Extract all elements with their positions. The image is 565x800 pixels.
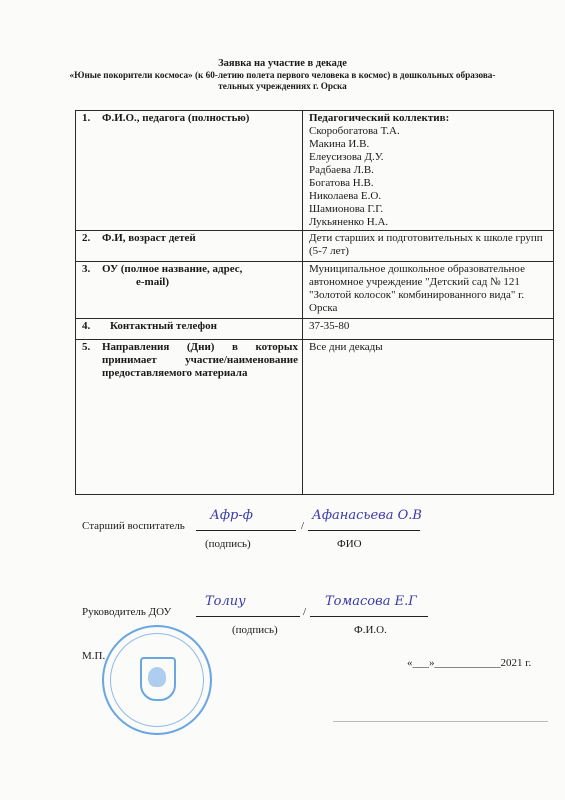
row-value: Педагогический коллектив: Скоробогатова … bbox=[303, 111, 554, 231]
teacher-name: Скоробогатова Т.А. bbox=[309, 125, 549, 138]
row-value: Дети старших и подготовительных к школе … bbox=[303, 231, 554, 262]
stamp-place-label: М.П. bbox=[82, 650, 105, 662]
senior-name-handwritten: Афанасьева О.В bbox=[312, 508, 422, 523]
teacher-name: Елеусизова Д.У. bbox=[309, 151, 549, 164]
teacher-name: Лукьяненко Н.А. bbox=[309, 216, 549, 229]
head-name-line bbox=[310, 616, 428, 617]
teacher-name: Макина И.В. bbox=[309, 138, 549, 151]
teacher-name: Радбаева Л.В. bbox=[309, 164, 549, 177]
title-line-3: тельных учреждениях г. Орска bbox=[0, 81, 565, 92]
row-label: 4.Контактный телефон bbox=[76, 319, 303, 340]
table-row: 5.Направления (Дни) в которых принимает … bbox=[76, 340, 554, 495]
head-role-label: Руководитель ДОУ bbox=[82, 606, 171, 618]
title-line-2: «Юные покорители космоса» (к 60-летию по… bbox=[0, 70, 565, 81]
row-value: Все дни декады bbox=[303, 340, 554, 495]
teacher-name: Богатова Н.В. bbox=[309, 177, 549, 190]
row-label: 2.Ф.И, возраст детей bbox=[76, 231, 303, 262]
senior-name-line bbox=[308, 530, 420, 531]
team-heading: Педагогический коллектив: bbox=[309, 112, 549, 125]
teacher-name: Николаева Е.О. bbox=[309, 190, 549, 203]
stamp-emblem-icon bbox=[148, 667, 166, 687]
table-row: 4.Контактный телефон 37-35-80 bbox=[76, 319, 554, 340]
head-name-caption: Ф.И.О. bbox=[354, 624, 387, 636]
teacher-name: Шамионова Г.Г. bbox=[309, 203, 549, 216]
head-signature-caption: (подпись) bbox=[232, 624, 278, 636]
senior-signature: Афр-ф bbox=[210, 508, 253, 523]
row-value: Муниципальное дошкольное образовательное… bbox=[303, 262, 554, 319]
senior-role-label: Старший воспитатель bbox=[82, 520, 185, 532]
table-row: 1.Ф.И.О., педагога (полностью) Педагогич… bbox=[76, 111, 554, 231]
head-signature-line bbox=[196, 616, 300, 617]
row-label: 3.ОУ (полное название, адрес, e-mail) bbox=[76, 262, 303, 319]
official-stamp bbox=[102, 625, 212, 735]
row-value: 37-35-80 bbox=[303, 319, 554, 340]
head-separator: / bbox=[303, 606, 306, 618]
senior-name-caption: ФИО bbox=[337, 538, 362, 550]
application-form-table: 1.Ф.И.О., педагога (полностью) Педагогич… bbox=[75, 110, 554, 495]
title-line-1: Заявка на участие в декаде bbox=[0, 58, 565, 70]
senior-separator: / bbox=[301, 520, 304, 532]
table-row: 3.ОУ (полное название, адрес, e-mail) Му… bbox=[76, 262, 554, 319]
senior-signature-caption: (подпись) bbox=[205, 538, 251, 550]
row-label: 5.Направления (Дни) в которых принимает … bbox=[76, 340, 303, 495]
row-label: 1.Ф.И.О., педагога (полностью) bbox=[76, 111, 303, 231]
table-row: 2.Ф.И, возраст детей Дети старших и подг… bbox=[76, 231, 554, 262]
document-title: Заявка на участие в декаде «Юные покорит… bbox=[0, 58, 565, 92]
head-name-handwritten: Томасова Е.Г bbox=[325, 594, 417, 609]
head-signature: Толиу bbox=[205, 594, 246, 609]
senior-signature-line bbox=[196, 530, 296, 531]
date-field: «___»____________2021 г. bbox=[407, 657, 531, 669]
divider bbox=[333, 721, 548, 722]
